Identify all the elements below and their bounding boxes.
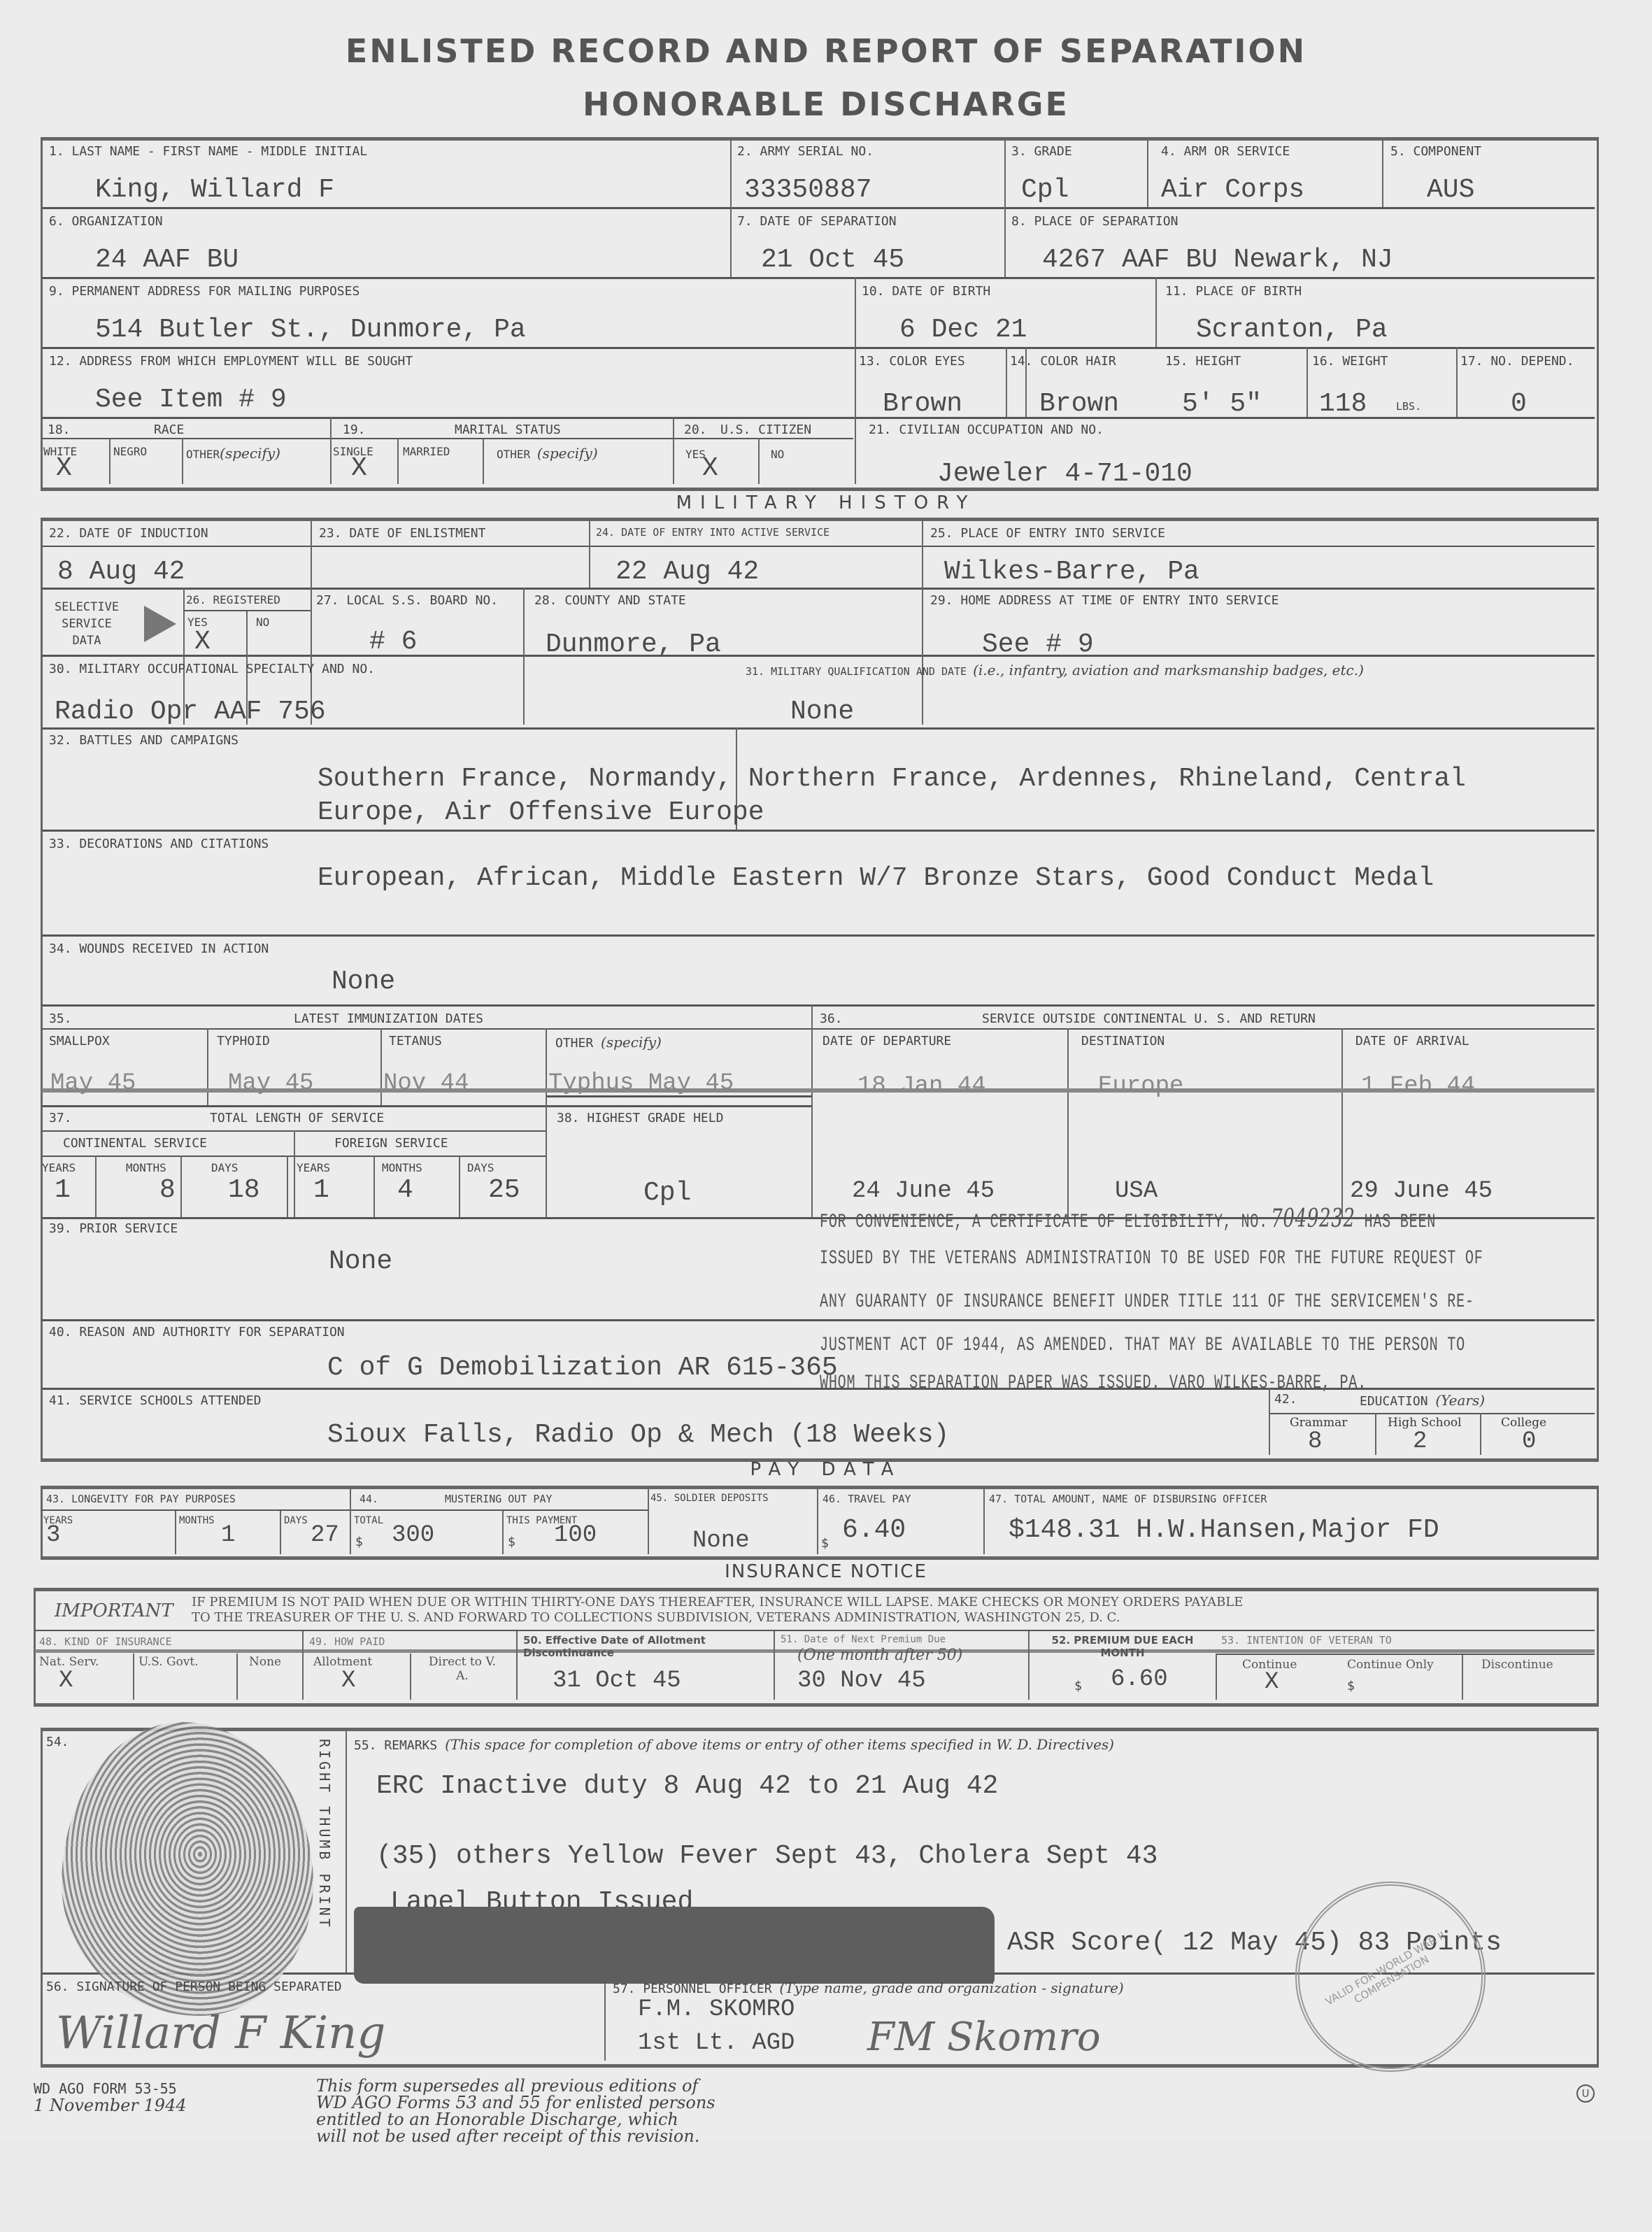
field-36-title: SERVICE OUTSIDE CONTINENTAL U. S. AND RE… bbox=[982, 1011, 1316, 1026]
premium-currency: $ bbox=[1074, 1679, 1082, 1693]
field-30-label: 30. MILITARY OCCUPATIONAL SPECIALTY AND … bbox=[49, 662, 375, 676]
form-title: ENLISTED RECORD AND REPORT OF SEPARATION bbox=[0, 32, 1652, 70]
field-11-birth-place[interactable]: Scranton, Pa bbox=[1196, 315, 1388, 345]
field-27-label: 27. LOCAL S.S. BOARD NO. bbox=[316, 593, 498, 608]
field-10-label: 10. DATE OF BIRTH bbox=[862, 284, 990, 299]
field-50-label: 50. Effective Date of Allotment Disconti… bbox=[523, 1634, 768, 1659]
field-6-organization[interactable]: 24 AAF BU bbox=[95, 245, 238, 275]
field-36-label: 36. bbox=[820, 1011, 843, 1026]
field-43-label: 43. LONGEVITY FOR PAY PURPOSES bbox=[46, 1493, 236, 1505]
col-divider bbox=[502, 1511, 504, 1554]
continental-years-label: YEARS bbox=[42, 1161, 76, 1174]
service-row2-departure[interactable]: 24 June 45 bbox=[852, 1178, 995, 1204]
field-5-component[interactable]: AUS bbox=[1427, 175, 1474, 205]
immunization-col-smallpox: SMALLPOX bbox=[49, 1034, 110, 1049]
field-14-label: 14. COLOR HAIR bbox=[1010, 354, 1116, 369]
form-number: WD AGO FORM 53-55 bbox=[34, 2080, 177, 2097]
marital-other-text: OTHER bbox=[497, 448, 530, 461]
mustering-payment[interactable]: 100 bbox=[554, 1522, 597, 1549]
education-col-college: College bbox=[1501, 1416, 1546, 1430]
field-30-mos[interactable]: Radio Opr AAF 756 bbox=[55, 697, 326, 727]
immunization-tetanus-date[interactable]: Nov 44 bbox=[383, 1070, 469, 1097]
field-26-label: 26. REGISTERED bbox=[186, 593, 280, 606]
col-divider bbox=[1004, 140, 1006, 207]
field-34-label: 34. WOUNDS RECEIVED IN ACTION bbox=[49, 941, 269, 956]
longevity-days-label: DAYS bbox=[284, 1515, 308, 1526]
personnel-officer-signature: FM Skomro bbox=[867, 2014, 1101, 2060]
field-39-prior-service[interactable]: None bbox=[329, 1246, 392, 1277]
important-label: IMPORTANT bbox=[55, 1600, 173, 1621]
row-divider bbox=[42, 1004, 1595, 1007]
field-34-wounds[interactable]: None bbox=[332, 967, 395, 997]
field-22-label: 22. DATE OF INDUCTION bbox=[49, 526, 208, 541]
field-15-label: 15. HEIGHT bbox=[1165, 354, 1241, 369]
field-57-label: 57. PERSONNEL OFFICER (Type name, grade … bbox=[613, 1979, 1124, 1996]
immunization-other-text: OTHER bbox=[555, 1036, 593, 1051]
col-divider bbox=[109, 438, 111, 484]
supersedes-line-4: will not be used after receipt of this r… bbox=[316, 2128, 715, 2145]
field-22-induction-date[interactable]: 8 Aug 42 bbox=[57, 557, 185, 587]
va-stamp-line-2: ISSUED BY THE VETERANS ADMINISTRATION TO… bbox=[820, 1248, 1483, 1270]
va-stamp-line-3: ANY GUARANTY OF INSURANCE BENEFIT UNDER … bbox=[820, 1291, 1474, 1313]
longevity-years[interactable]: 3 bbox=[46, 1522, 60, 1549]
field-52-premium[interactable]: 6.60 bbox=[1111, 1666, 1168, 1693]
insurance-notice-line2: TO THE TREASURER OF THE U. S. AND FORWAR… bbox=[192, 1610, 1120, 1625]
field-1-name[interactable]: King, Willard F bbox=[95, 175, 334, 205]
intention-mark: X bbox=[1265, 1669, 1279, 1696]
immunization-typhoid-date[interactable]: May 45 bbox=[228, 1070, 313, 1097]
field-51-hint: (One month after 50) bbox=[797, 1647, 962, 1664]
field-44-title: MUSTERING OUT PAY bbox=[445, 1493, 553, 1505]
row-divider bbox=[42, 588, 1595, 590]
field-21-occupation[interactable]: Jeweler 4-71-010 bbox=[937, 459, 1192, 489]
foreign-days[interactable]: 25 bbox=[488, 1175, 520, 1205]
field-51-date[interactable]: 30 Nov 45 bbox=[797, 1668, 926, 1694]
separated-person-signature: Willard F King bbox=[56, 2007, 385, 2059]
field-33-label: 33. DECORATIONS AND CITATIONS bbox=[49, 837, 269, 851]
field-47-label: 47. TOTAL AMOUNT, NAME OF DISBURSING OFF… bbox=[989, 1493, 1267, 1505]
col-divider bbox=[373, 1156, 375, 1217]
field-52-label: 52. PREMIUM DUE EACH MONTH bbox=[1035, 1634, 1210, 1659]
intention-option-discontinue[interactable]: Discontinue bbox=[1481, 1658, 1553, 1672]
field-27-board-no[interactable]: # 6 bbox=[369, 627, 417, 657]
col-divider bbox=[133, 1654, 134, 1700]
field-15-height[interactable]: 5' 5" bbox=[1182, 389, 1262, 419]
col-divider bbox=[280, 1511, 281, 1554]
continental-days-label: DAYS bbox=[211, 1161, 238, 1174]
field-55-label-text: 55. REMARKS bbox=[354, 1738, 437, 1753]
row-divider bbox=[1269, 1413, 1595, 1414]
va-stamp-line-5: WHOM THIS SEPARATION PAPER WAS ISSUED. V… bbox=[820, 1372, 1367, 1394]
col-divider bbox=[287, 1156, 288, 1217]
col-divider bbox=[380, 1028, 382, 1105]
foreign-months[interactable]: 4 bbox=[397, 1175, 413, 1205]
col-divider bbox=[648, 1487, 649, 1554]
field-20-label: 20. bbox=[684, 422, 707, 437]
mustering-total[interactable]: 300 bbox=[392, 1522, 434, 1549]
field-16-unit: LBS. bbox=[1396, 400, 1421, 413]
continental-years[interactable]: 1 bbox=[55, 1175, 71, 1205]
field-48-label: 48. KIND OF INSURANCE bbox=[39, 1635, 172, 1648]
col-divider bbox=[1480, 1413, 1481, 1455]
longevity-months-label: MONTHS bbox=[179, 1515, 215, 1526]
field-37-title: TOTAL LENGTH OF SERVICE bbox=[210, 1111, 384, 1125]
field-45-deposits[interactable]: None bbox=[692, 1528, 750, 1554]
field-44-label: 44. bbox=[359, 1493, 378, 1505]
col-divider bbox=[523, 588, 525, 725]
service-row1-arrival[interactable]: 1 Feb 44 bbox=[1361, 1073, 1475, 1100]
col-divider bbox=[175, 1511, 176, 1554]
insurance-option-none[interactable]: None bbox=[249, 1655, 281, 1669]
col-divider bbox=[397, 438, 399, 484]
field-31-hint: (i.e., infantry, aviation and marksmansh… bbox=[973, 662, 1364, 678]
field-45-label: 45. SOLDIER DEPOSITS bbox=[650, 1493, 769, 1504]
field-2-label: 2. ARMY SERIAL NO. bbox=[737, 144, 874, 159]
marital-option-married[interactable]: MARRIED bbox=[403, 445, 450, 458]
field-25-label: 25. PLACE OF ENTRY INTO SERVICE bbox=[930, 526, 1165, 541]
race-option-other[interactable]: OTHER(specify) bbox=[186, 445, 280, 462]
field-51-label: 51. Date of Next Premium Due bbox=[781, 1634, 946, 1645]
field-57-hint: (Type name, grade and organization - sig… bbox=[779, 1979, 1123, 1996]
field-25-entry-place[interactable]: Wilkes-Barre, Pa bbox=[944, 557, 1199, 587]
field-7-label: 7. DATE OF SEPARATION bbox=[737, 214, 897, 229]
va-certificate-number: 7049232 bbox=[1271, 1204, 1355, 1233]
immunization-smallpox-date[interactable]: May 45 bbox=[50, 1070, 136, 1097]
field-31-label: 31. MILITARY QUALIFICATION AND DATE (i.e… bbox=[746, 662, 1364, 678]
col-divider bbox=[1456, 347, 1458, 417]
col-divider bbox=[207, 1028, 208, 1105]
continue-only-currency: $ bbox=[1347, 1679, 1355, 1693]
col-divider bbox=[1382, 140, 1383, 207]
longevity-months[interactable]: 1 bbox=[221, 1522, 235, 1549]
service-col-departure: DATE OF DEPARTURE bbox=[823, 1034, 951, 1049]
field-10-birth-date[interactable]: 6 Dec 21 bbox=[899, 315, 1027, 345]
field-6-label: 6. ORGANIZATION bbox=[49, 214, 163, 229]
col-divider bbox=[1028, 1631, 1030, 1700]
va-stamp-line-1: FOR CONVENIENCE, A CERTIFICATE OF ELIGIB… bbox=[820, 1204, 1436, 1233]
col-divider bbox=[483, 438, 484, 484]
field-18-title: RACE bbox=[154, 422, 184, 437]
field-46-label: 46. TRAVEL PAY bbox=[823, 1493, 911, 1505]
col-divider bbox=[1004, 207, 1006, 277]
supersedes-line-1: This form supersedes all previous editio… bbox=[316, 2077, 715, 2094]
field-5-label: 5. COMPONENT bbox=[1390, 144, 1481, 159]
field-18-label: 18. bbox=[48, 422, 71, 437]
payment-option-allotment[interactable]: Allotment bbox=[313, 1655, 372, 1669]
col-divider bbox=[516, 1631, 518, 1700]
field-13-eyes[interactable]: Brown bbox=[883, 389, 962, 419]
field-17-dependents[interactable]: 0 bbox=[1511, 389, 1527, 419]
intention-option-continue-only[interactable]: Continue Only bbox=[1347, 1658, 1434, 1672]
field-4-label: 4. ARM OR SERVICE bbox=[1161, 144, 1290, 159]
foreign-years[interactable]: 1 bbox=[313, 1175, 329, 1205]
field-32-battles-line1[interactable]: Southern France, Normandy, Northern Fran… bbox=[318, 764, 1466, 794]
remarks-line-1[interactable]: ERC Inactive duty 8 Aug 42 to 21 Aug 42 bbox=[376, 1771, 998, 1801]
service-row2-arrival[interactable]: 29 June 45 bbox=[1350, 1178, 1493, 1204]
col-divider bbox=[1269, 1388, 1270, 1455]
continental-months[interactable]: 8 bbox=[159, 1175, 176, 1205]
field-55-hint: (This space for completion of above item… bbox=[445, 1736, 1114, 1753]
immunization-other-date[interactable]: Typhus May 45 bbox=[548, 1070, 734, 1097]
col-divider bbox=[604, 1972, 606, 2061]
insurance-notice-heading: INSURANCE NOTICE bbox=[0, 1561, 1652, 1582]
col-divider bbox=[922, 520, 923, 725]
field-29-label: 29. HOME ADDRESS AT TIME OF ENTRY INTO S… bbox=[930, 593, 1279, 608]
col-divider bbox=[311, 520, 312, 725]
field-33-decorations[interactable]: European, African, Middle Eastern W/7 Br… bbox=[318, 863, 1434, 893]
field-50-date[interactable]: 31 Oct 45 bbox=[553, 1668, 681, 1694]
row-divider bbox=[42, 1028, 1595, 1030]
field-42-title-text: EDUCATION bbox=[1360, 1394, 1428, 1409]
race-other-text: OTHER bbox=[186, 448, 220, 461]
field-12-label: 12. ADDRESS FROM WHICH EMPLOYMENT WILL B… bbox=[49, 354, 413, 369]
field-54-label: 54. bbox=[46, 1735, 69, 1749]
mustering-total-label: TOTAL bbox=[354, 1515, 383, 1526]
field-2-serial[interactable]: 33350887 bbox=[744, 175, 871, 205]
col-divider bbox=[95, 1156, 97, 1217]
col-divider bbox=[1306, 347, 1308, 417]
continental-months-label: MONTHS bbox=[126, 1161, 166, 1174]
field-28-county-state[interactable]: Dunmore, Pa bbox=[546, 630, 721, 660]
field-7-separation-date[interactable]: 21 Oct 45 bbox=[761, 245, 904, 275]
continental-service-title: CONTINENTAL SERVICE bbox=[63, 1136, 207, 1151]
field-32-label: 32. BATTLES AND CAMPAIGNS bbox=[49, 733, 238, 748]
field-42-title: EDUCATION (Years) bbox=[1360, 1392, 1485, 1409]
field-16-weight[interactable]: 118 bbox=[1319, 389, 1367, 419]
registered-option-no[interactable]: NO bbox=[256, 616, 269, 629]
field-11-label: 11. PLACE OF BIRTH bbox=[1165, 284, 1302, 299]
col-divider bbox=[236, 1654, 238, 1700]
field-49-label: 49. HOW PAID bbox=[309, 1635, 385, 1648]
marital-option-other[interactable]: OTHER (specify) bbox=[497, 445, 598, 462]
row-divider bbox=[42, 417, 853, 419]
race-specify-hint: (specify) bbox=[220, 445, 280, 462]
col-divider bbox=[983, 1487, 985, 1554]
field-53-label: 53. INTENTION OF VETERAN TO bbox=[1221, 1634, 1392, 1647]
longevity-days[interactable]: 27 bbox=[311, 1522, 339, 1549]
service-col-destination: DESTINATION bbox=[1081, 1034, 1165, 1049]
field-37-label: 37. bbox=[49, 1111, 72, 1125]
field-40-label: 40. REASON AND AUTHORITY FOR SEPARATION bbox=[49, 1325, 345, 1339]
citizen-mark: X bbox=[702, 453, 718, 483]
col-divider bbox=[182, 438, 183, 484]
row-divider bbox=[42, 347, 1595, 349]
row-divider bbox=[42, 277, 1595, 279]
education-highschool[interactable]: 2 bbox=[1413, 1428, 1427, 1455]
col-divider bbox=[1375, 1413, 1376, 1455]
col-divider bbox=[459, 1156, 460, 1217]
mustering-payment-currency: $ bbox=[508, 1535, 515, 1549]
foreign-years-label: YEARS bbox=[297, 1161, 330, 1174]
row-divider bbox=[42, 934, 1595, 937]
col-divider bbox=[774, 1631, 775, 1700]
field-38-highest-grade[interactable]: Cpl bbox=[643, 1178, 691, 1208]
field-8-separation-place[interactable]: 4267 AAF BU Newark, NJ bbox=[1042, 245, 1393, 275]
insurance-paid-mark: X bbox=[341, 1668, 355, 1694]
arrow-right-icon bbox=[144, 606, 176, 642]
form-subtitle: HONORABLE DISCHARGE bbox=[0, 85, 1652, 123]
field-24-active-service-date[interactable]: 22 Aug 42 bbox=[615, 557, 759, 587]
field-20-title: U.S. CITIZEN bbox=[720, 422, 811, 437]
selective-service-data-label: SELECTIVE SERVICE DATA bbox=[45, 599, 129, 649]
field-31-qualification[interactable]: None bbox=[790, 697, 854, 727]
field-29-home-address[interactable]: See # 9 bbox=[982, 630, 1094, 660]
field-19-title: MARITAL STATUS bbox=[455, 422, 561, 437]
row-divider bbox=[42, 655, 1595, 657]
field-23-label: 23. DATE OF ENLISTMENT bbox=[319, 526, 485, 541]
race-option-negro[interactable]: NEGRO bbox=[113, 445, 147, 458]
field-17-label: 17. NO. DEPEND. bbox=[1460, 354, 1574, 369]
field-1-label: 1. LAST NAME - FIRST NAME - MIDDLE INITI… bbox=[49, 144, 367, 159]
field-35-label: 35. bbox=[49, 1011, 72, 1026]
field-8-label: 8. PLACE OF SEPARATION bbox=[1011, 214, 1178, 229]
col-divider bbox=[346, 1730, 347, 1972]
field-46-travel-pay[interactable]: 6.40 bbox=[842, 1515, 906, 1545]
field-3-label: 3. GRADE bbox=[1011, 144, 1072, 159]
mustering-total-currency: $ bbox=[355, 1535, 363, 1549]
service-row1-destination[interactable]: Europe bbox=[1098, 1073, 1183, 1100]
field-13-label: 13. COLOR EYES bbox=[859, 354, 965, 369]
row-divider bbox=[185, 610, 311, 611]
field-42-unit: (Years) bbox=[1435, 1392, 1485, 1409]
field-39-label: 39. PRIOR SERVICE bbox=[49, 1221, 178, 1236]
col-divider bbox=[1147, 140, 1148, 207]
col-divider bbox=[1006, 347, 1007, 417]
col-divider bbox=[546, 1028, 547, 1217]
row-divider bbox=[1217, 1654, 1595, 1655]
row-divider bbox=[42, 438, 853, 439]
col-divider bbox=[817, 1487, 818, 1554]
personnel-officer-rank[interactable]: 1st Lt. AGD bbox=[638, 2030, 795, 2056]
supersedes-line-3: entitled to an Honorable Discharge, whic… bbox=[316, 2111, 715, 2128]
field-41-label: 41. SERVICE SCHOOLS ATTENDED bbox=[49, 1393, 261, 1408]
foreign-days-label: DAYS bbox=[467, 1161, 494, 1174]
col-divider bbox=[1341, 1028, 1343, 1217]
field-32-battles-line2[interactable]: Europe, Air Offensive Europe bbox=[318, 797, 764, 827]
discharge-form: ENLISTED RECORD AND REPORT OF SEPARATION… bbox=[0, 0, 1652, 2140]
col-divider bbox=[811, 1004, 813, 1217]
col-divider bbox=[758, 438, 760, 484]
col-divider bbox=[589, 520, 590, 588]
service-col-arrival: DATE OF ARRIVAL bbox=[1355, 1034, 1469, 1049]
row-divider bbox=[42, 830, 1595, 832]
col-divider bbox=[1462, 1654, 1463, 1700]
insurance-option-usgovt[interactable]: U.S. Govt. bbox=[138, 1655, 199, 1669]
marital-specify-hint: (specify) bbox=[537, 445, 598, 462]
immunization-col-tetanus: TETANUS bbox=[389, 1034, 442, 1049]
payment-option-direct[interactable]: Direct to V. A. bbox=[424, 1655, 501, 1683]
field-47-total-amount[interactable]: $148.31 H.W.Hansen,Major FD bbox=[1009, 1515, 1439, 1545]
form-date: 1 November 1944 bbox=[34, 2096, 187, 2115]
personnel-officer-name[interactable]: F.M. SKOMRO bbox=[638, 1996, 795, 2023]
supersedes-line-2: WD AGO Forms 53 and 55 for enlisted pers… bbox=[316, 2094, 715, 2111]
insurance-notice-line1: IF PREMIUM IS NOT PAID WHEN DUE OR WITHI… bbox=[192, 1595, 1243, 1609]
field-41-schools[interactable]: Sioux Falls, Radio Op & Mech (18 Weeks) bbox=[327, 1420, 949, 1450]
field-9-address[interactable]: 514 Butler St., Dunmore, Pa bbox=[95, 315, 526, 345]
registered-mark: X bbox=[194, 627, 211, 657]
field-12-employment-address[interactable]: See Item # 9 bbox=[95, 385, 287, 415]
row-divider bbox=[35, 1630, 1595, 1631]
va-stamp-line-4: JUSTMENT ACT OF 1944, AS AMENDED. THAT M… bbox=[820, 1335, 1465, 1356]
field-38-label: 38. HIGHEST GRADE HELD bbox=[557, 1111, 723, 1125]
marital-mark: X bbox=[351, 453, 367, 483]
immunization-col-typhoid: TYPHOID bbox=[217, 1034, 270, 1049]
field-57-label-text: 57. PERSONNEL OFFICER bbox=[613, 1982, 772, 1996]
citizen-option-no[interactable]: NO bbox=[771, 448, 784, 461]
field-24-label: 24. DATE OF ENTRY INTO ACTIVE SERVICE bbox=[596, 526, 829, 539]
row-divider bbox=[42, 1319, 1595, 1321]
education-col-highschool: High School bbox=[1388, 1416, 1462, 1430]
col-divider bbox=[1155, 277, 1157, 347]
education-col-grammar: Grammar bbox=[1290, 1416, 1347, 1430]
row-divider bbox=[42, 727, 1595, 730]
remarks-line-2[interactable]: (35) others Yellow Fever Sept 43, Choler… bbox=[376, 1841, 1158, 1871]
education-grammar[interactable]: 8 bbox=[1308, 1428, 1322, 1455]
right-thumb-print-label: RIGHT THUMB PRINT bbox=[316, 1739, 333, 1930]
field-21-label: 21. CIVILIAN OCCUPATION AND NO. bbox=[869, 422, 1104, 437]
field-9-label: 9. PERMANENT ADDRESS FOR MAILING PURPOSE… bbox=[49, 284, 359, 299]
military-history-heading: MILITARY HISTORY bbox=[0, 492, 1652, 513]
col-divider bbox=[410, 1654, 411, 1700]
immunization-col-other: OTHER (specify) bbox=[555, 1034, 662, 1051]
education-college[interactable]: 0 bbox=[1522, 1428, 1536, 1455]
field-55-label: 55. REMARKS (This space for completion o… bbox=[354, 1736, 1114, 1753]
service-row1-departure[interactable]: 18 Jan 44 bbox=[857, 1073, 986, 1100]
foreign-service-title: FOREIGN SERVICE bbox=[334, 1136, 448, 1151]
field-40-reason[interactable]: C of G Demobilization AR 615-365 bbox=[327, 1353, 838, 1383]
field-56-label: 56. SIGNATURE OF PERSON BEING SEPARATED bbox=[46, 1979, 342, 1994]
continental-days[interactable]: 18 bbox=[228, 1175, 260, 1205]
row-divider bbox=[42, 1509, 648, 1511]
col-divider bbox=[730, 140, 732, 277]
col-divider bbox=[302, 1631, 304, 1700]
race-mark: X bbox=[56, 453, 72, 483]
redacted-area bbox=[354, 1907, 995, 1984]
insurance-kind-mark: X bbox=[59, 1668, 73, 1694]
col-divider bbox=[855, 277, 856, 484]
supersedes-notice: This form supersedes all previous editio… bbox=[316, 2077, 715, 2145]
travel-pay-currency: $ bbox=[821, 1536, 829, 1551]
col-divider bbox=[1216, 1654, 1217, 1700]
col-divider bbox=[350, 1487, 351, 1554]
service-row2-destination[interactable]: USA bbox=[1115, 1178, 1158, 1204]
row-divider bbox=[42, 546, 1595, 547]
field-31-label-text: 31. MILITARY QUALIFICATION AND DATE bbox=[746, 665, 967, 678]
field-28-label: 28. COUNTY AND STATE bbox=[534, 593, 686, 608]
field-4-arm[interactable]: Air Corps bbox=[1161, 175, 1304, 205]
field-14-hair[interactable]: Brown bbox=[1039, 389, 1119, 419]
col-divider bbox=[1067, 1028, 1069, 1217]
col-divider bbox=[330, 417, 332, 484]
foreign-months-label: MONTHS bbox=[382, 1161, 422, 1174]
field-19-label: 19. bbox=[343, 422, 366, 437]
col-divider bbox=[294, 1130, 295, 1217]
insurance-option-natserv[interactable]: Nat. Serv. bbox=[39, 1655, 99, 1669]
col-divider bbox=[673, 417, 674, 484]
field-35-title: LATEST IMMUNIZATION DATES bbox=[294, 1011, 483, 1026]
pay-data-heading: PAY DATA bbox=[0, 1459, 1652, 1480]
row-divider bbox=[42, 207, 1595, 209]
col-divider bbox=[180, 1156, 182, 1217]
field-16-label: 16. WEIGHT bbox=[1312, 354, 1388, 369]
immunization-specify-hint: (specify) bbox=[601, 1034, 662, 1051]
field-42-label: 42. bbox=[1274, 1392, 1297, 1407]
row-divider bbox=[42, 1105, 811, 1107]
field-3-grade[interactable]: Cpl bbox=[1021, 175, 1069, 205]
union-label-icon: U bbox=[1576, 2084, 1595, 2103]
